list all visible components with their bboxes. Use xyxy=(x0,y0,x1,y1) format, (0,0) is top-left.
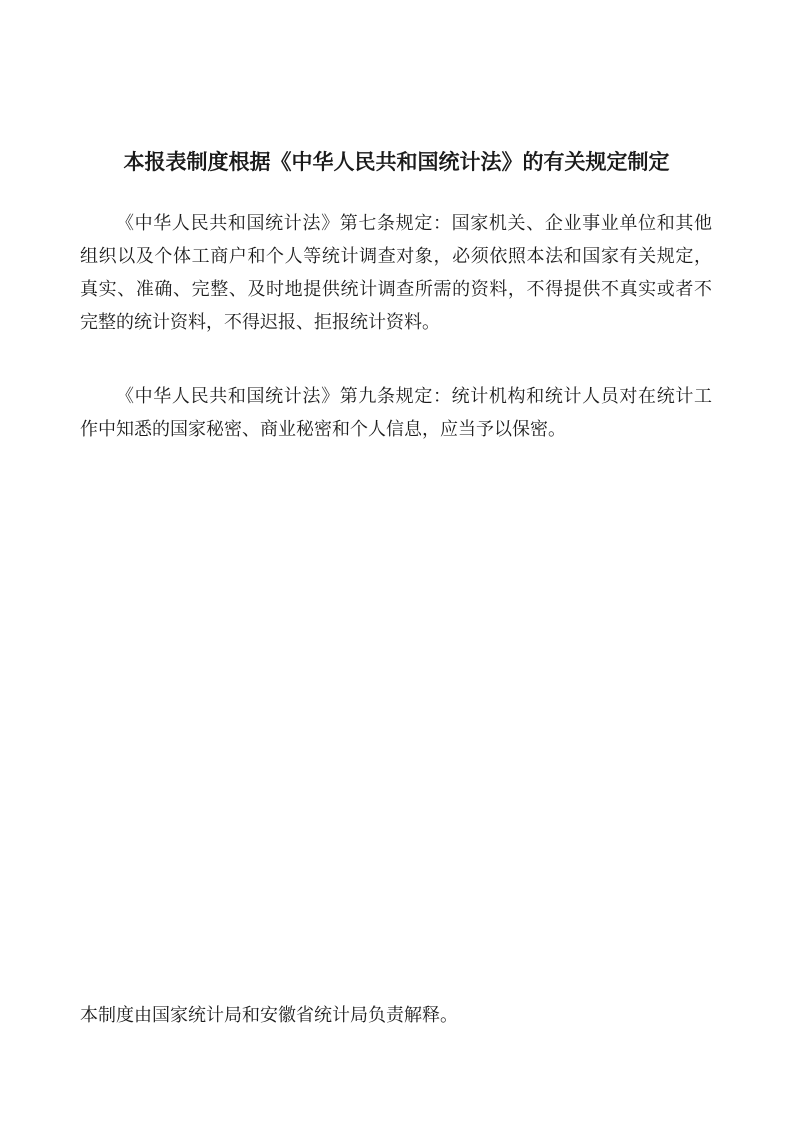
paragraph-line: 真实、准确、完整、及时地提供统计调查所需的资料，不得提供不真实或者不 xyxy=(80,273,712,306)
paragraph-line: 《中华人民共和国统计法》第七条规定：国家机关、企业事业单位和其他 xyxy=(80,207,712,240)
paragraph-line: 《中华人民共和国统计法》第九条规定：统计机构和统计人员对在统计工 xyxy=(80,380,712,413)
document-title: 本报表制度根据《中华人民共和国统计法》的有关规定制定 xyxy=(0,149,793,176)
paragraph-line: 组织以及个体工商户和个人等统计调查对象，必须依照本法和国家有关规定， xyxy=(80,240,712,273)
interpretation-note: 本制度由国家统计局和安徽省统计局负责解释。 xyxy=(80,999,458,1032)
statute-article-7-paragraph: 《中华人民共和国统计法》第七条规定：国家机关、企业事业单位和其他 组织以及个体工… xyxy=(80,207,712,339)
paragraph-line: 作中知悉的国家秘密、商业秘密和个人信息，应当予以保密。 xyxy=(80,413,712,446)
statute-article-9-paragraph: 《中华人民共和国统计法》第九条规定：统计机构和统计人员对在统计工 作中知悉的国家… xyxy=(80,380,712,446)
document-page: 本报表制度根据《中华人民共和国统计法》的有关规定制定 《中华人民共和国统计法》第… xyxy=(0,0,793,1122)
paragraph-line: 完整的统计资料，不得迟报、拒报统计资料。 xyxy=(80,306,712,339)
